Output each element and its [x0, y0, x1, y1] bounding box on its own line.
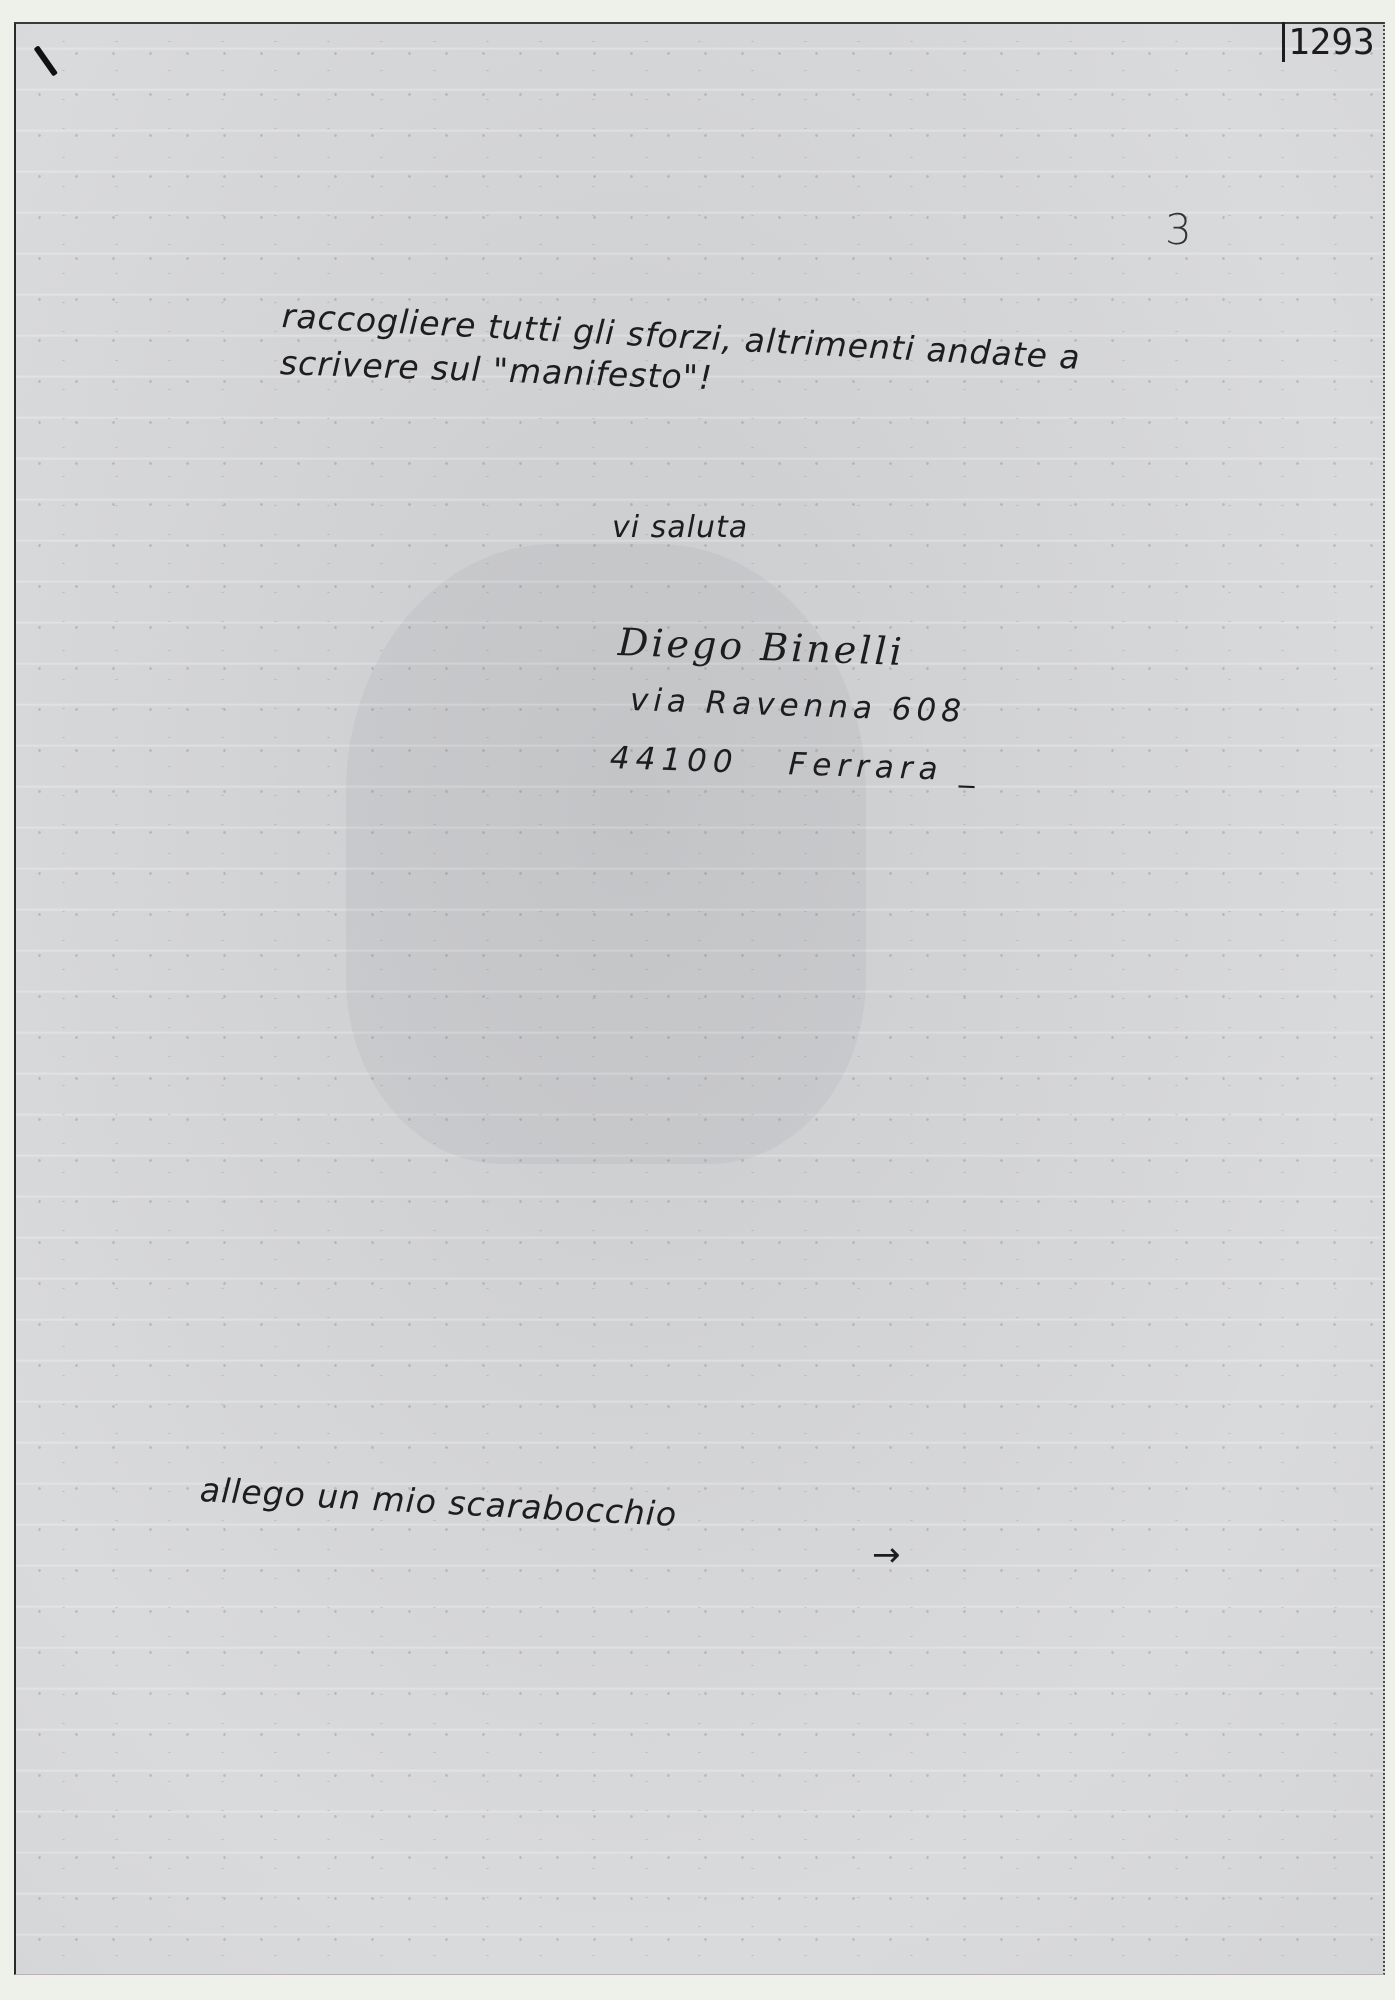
- sheet-number: 3: [1165, 205, 1193, 254]
- address-postal-code: 44100: [609, 740, 739, 780]
- background-masthead-ghost: [346, 164, 370, 247]
- trailing-dash: _: [943, 752, 982, 789]
- photocopy-noise: [16, 24, 1383, 1974]
- staple-mark-icon: [34, 45, 58, 76]
- closing-salutation: vi saluta: [612, 510, 748, 545]
- letter-page: [14, 22, 1385, 1975]
- address-city: Ferrara: [788, 746, 944, 787]
- archive-page-number: 1293: [1282, 22, 1375, 63]
- background-headline-ghost: [76, 384, 105, 492]
- arrow-right-icon: →: [872, 1535, 902, 1575]
